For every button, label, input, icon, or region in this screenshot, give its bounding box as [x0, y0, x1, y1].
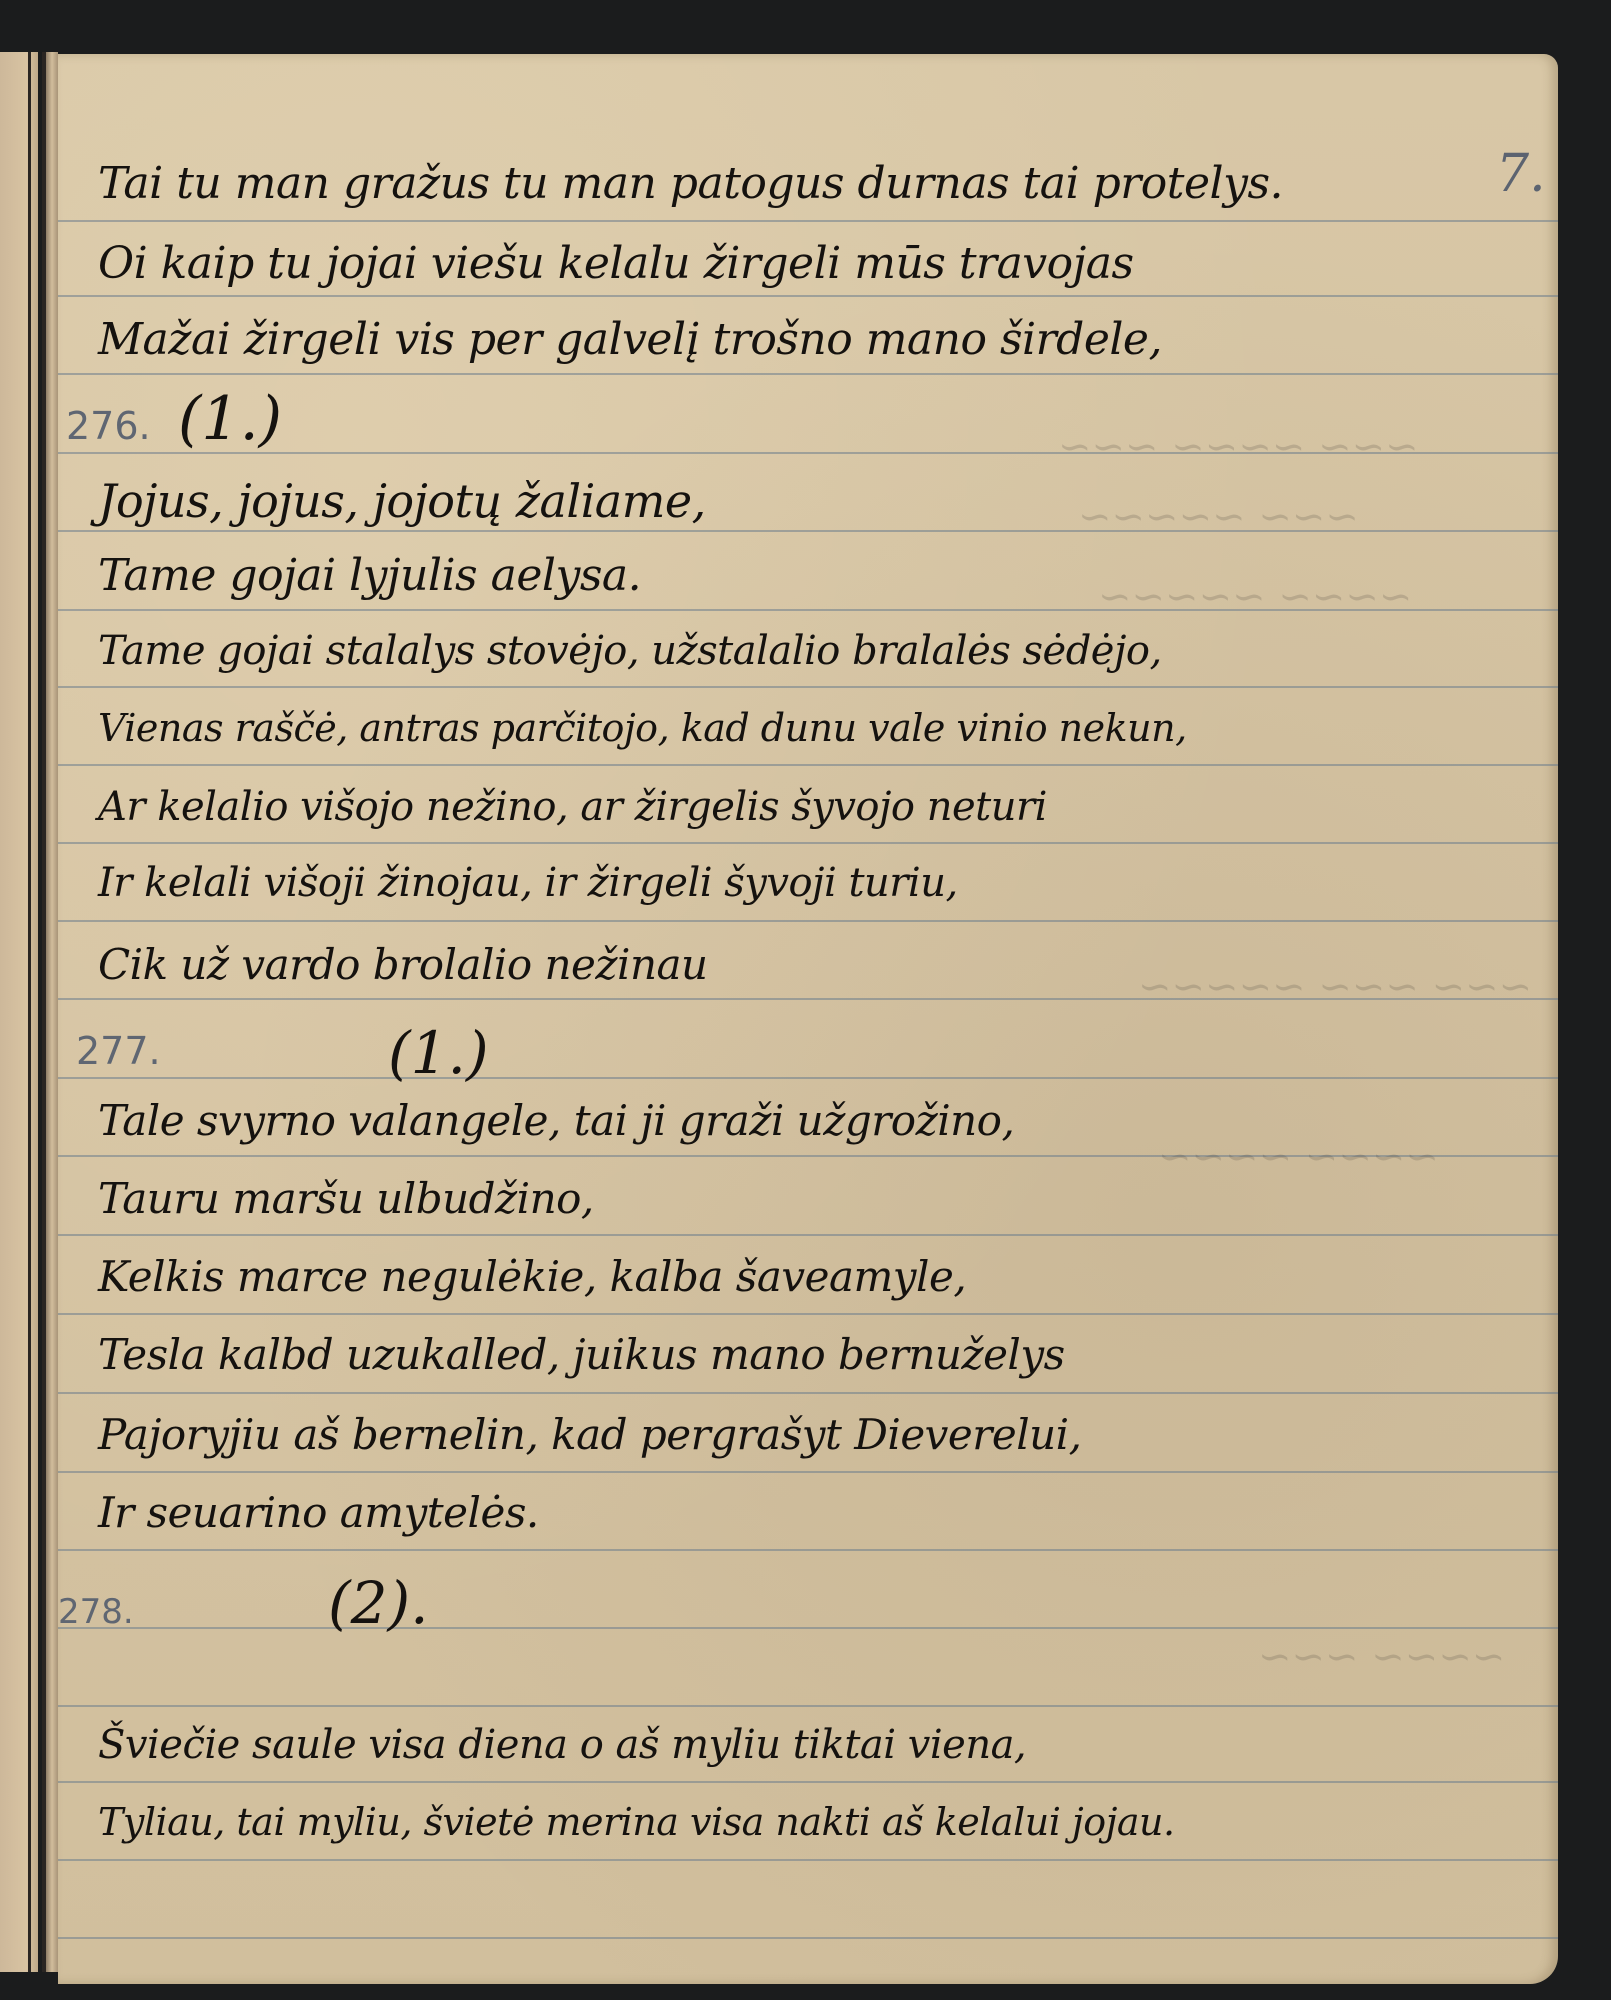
verse-line: Oi kaip tu jojai viešu kelalu žirgeli mū… — [98, 238, 1134, 289]
bleed-through-text: ~~~~ ~~~~~ — [1098, 574, 1412, 620]
verse-line: Šviečie saule visa diena o aš myliu tikt… — [98, 1722, 1026, 1768]
binding-line — [28, 52, 31, 1972]
page-number: 7. — [1496, 144, 1546, 204]
ruled-line — [58, 1705, 1558, 1707]
verse-line: Mažai žirgeli vis per galvelį trošno man… — [98, 314, 1162, 365]
song-number: 277. — [76, 1029, 161, 1073]
song-number: 276. — [66, 404, 151, 448]
section-marker: (2). — [328, 1569, 429, 1637]
ruled-line — [58, 842, 1558, 844]
ruled-line — [58, 1937, 1558, 1939]
verse-line: Tyliau, tai myliu, švietė merina visa na… — [98, 1800, 1175, 1844]
ruled-line — [58, 1471, 1558, 1473]
ruled-line — [58, 1549, 1558, 1551]
verse-line: Pajoryjiu aš bernelin, kad pergrašyt Die… — [98, 1410, 1081, 1459]
ruled-line — [58, 1859, 1558, 1861]
bleed-through-text: ~~~~ ~~~ — [1258, 1634, 1505, 1680]
ruled-line — [58, 1077, 1558, 1079]
verse-line: Tai tu man gražus tu man patogus durnas … — [98, 158, 1283, 209]
bleed-through-text: ~~~ ~~~~ ~~~ — [1058, 424, 1419, 470]
verse-line: Jojus, jojus, jojotų žaliame, — [98, 474, 706, 528]
verse-line: Tesla kalbd uzukalled, juikus mano bernu… — [98, 1330, 1065, 1379]
ruled-line — [58, 1234, 1558, 1236]
ruled-line — [58, 1627, 1558, 1629]
song-number: 278. — [58, 1592, 134, 1632]
verse-line: Tame gojai lyjulis aelysa. — [98, 550, 641, 601]
verse-line: Ir kelali višoji žinojau, ir žirgeli šyv… — [98, 860, 958, 906]
bleed-through-text: ~~~ ~~~ ~~~~~ — [1138, 964, 1532, 1010]
ruled-line — [58, 1313, 1558, 1315]
bleed-through-text: ~~~ ~~~~~ — [1078, 494, 1359, 540]
notebook-spine — [46, 52, 58, 1972]
verse-line: Tauru maršu ulbudžino, — [98, 1174, 594, 1223]
verse-line: Ar kelalio višojo nežino, ar žirgelis šy… — [98, 784, 1047, 830]
adjacent-page-edge — [0, 52, 38, 1972]
ruled-line — [58, 220, 1558, 222]
ruled-line — [58, 764, 1558, 766]
ruled-line — [58, 295, 1558, 297]
ruled-line — [58, 1781, 1558, 1783]
verse-line: Ir seuarino amytelės. — [98, 1488, 539, 1537]
verse-line: Vienas raščė, antras parčitojo, kad dunu… — [98, 706, 1187, 750]
ruled-line — [58, 1392, 1558, 1394]
verse-line: Tale svyrno valangele, tai ji graži užgr… — [98, 1096, 1014, 1145]
bleed-through-text: ~~~~ ~~~~ — [1158, 1134, 1439, 1180]
verse-line: Kelkis marce negulėkie, kalba šaveamyle, — [98, 1252, 966, 1301]
ruled-line — [58, 373, 1558, 375]
section-marker: (1.) — [178, 384, 282, 454]
section-marker: (1.) — [388, 1019, 489, 1087]
ruled-line — [58, 686, 1558, 688]
verse-line: Cik už vardo brolalio nežinau — [98, 940, 708, 989]
verse-line: Tame gojai stalalys stovėjo, užstalalio … — [98, 628, 1162, 674]
ruled-line — [58, 920, 1558, 922]
notebook-page: ~~~ ~~~~ ~~~ ~~~ ~~~~~ ~~~~ ~~~~~ ~~~ ~~… — [58, 54, 1558, 1984]
